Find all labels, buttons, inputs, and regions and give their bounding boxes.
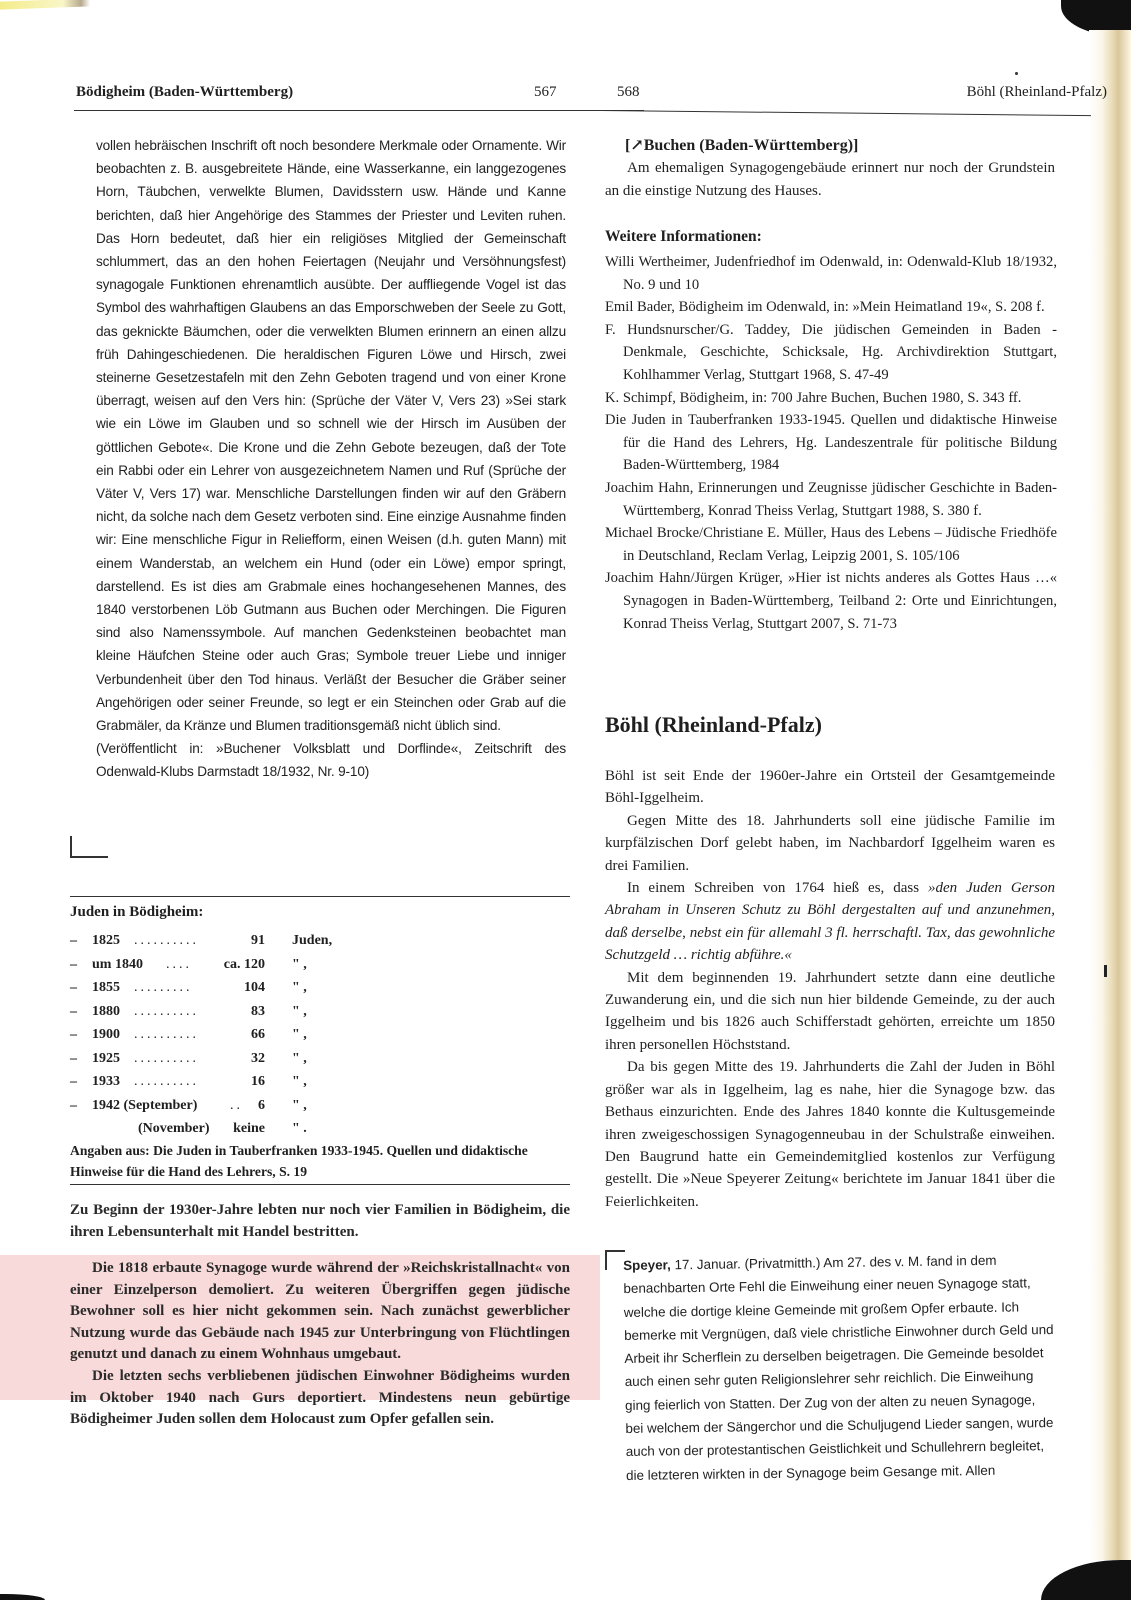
quote-bracket — [605, 1250, 625, 1270]
statistics-title: Juden in Bödigheim: — [70, 904, 203, 921]
stat-unit: " , — [292, 1000, 307, 1024]
stat-row: – 1825 .......... 91 Juden, — [70, 929, 370, 953]
references-list: Willi Wertheimer, Judenfriedhof im Odenw… — [605, 251, 1057, 635]
stat-year: 1855 — [92, 976, 120, 1000]
stat-unit: " , — [292, 976, 307, 1000]
quotation-text: vollen hebräischen Inschrift oft noch be… — [96, 134, 566, 737]
book-page-edges — [1089, 30, 1131, 1560]
stat-value: keine — [233, 1117, 265, 1141]
reference-item: Michael Brocke/Christiane E. Müller, Hau… — [605, 522, 1057, 567]
reference-item: Die Juden in Tauberfranken 1933-1945. Qu… — [605, 409, 1057, 477]
stat-year: (November) — [138, 1117, 210, 1141]
stat-unit: " . — [292, 1117, 307, 1141]
page-number: 567 — [534, 84, 557, 101]
stat-row: – 1855 ......... 104 " , — [70, 976, 370, 1000]
quotation-source: (Veröffentlicht in: »Buchener Volksblatt… — [96, 737, 566, 783]
running-title: Böhl (Rheinland-Pfalz) — [967, 84, 1107, 101]
header-rule — [601, 110, 1091, 116]
cross-reference-text: Am ehemaligen Synagogengebäude erinnert … — [605, 157, 1055, 202]
stat-unit: Juden, — [292, 929, 332, 953]
page-number: 568 — [617, 84, 640, 101]
book-shadow-bottom-left — [0, 1594, 45, 1600]
reference-item: F. Hundsnurscher/G. Taddey, Die jüdische… — [605, 319, 1057, 387]
stat-row: – 1925 .......... 32 " , — [70, 1047, 370, 1071]
box-rule-bottom — [70, 1184, 570, 1185]
quote-bracket — [70, 836, 108, 858]
stat-row: – um 1840 .... ca. 120 " , — [70, 953, 370, 977]
reference-item: Emil Bader, Bödigheim im Odenwald, in: »… — [605, 296, 1057, 319]
body-paragraph-1: Zu Beginn der 1930er-Jahre lebten nur no… — [70, 1200, 570, 1243]
cross-reference-link[interactable]: [↗Buchen (Baden-Württemberg)] — [605, 135, 1055, 157]
stat-value: ca. 120 — [224, 953, 265, 977]
reference-item: K. Schimpf, Bödigheim, in: 700 Jahre Buc… — [605, 387, 1057, 410]
stat-row: – 1933 .......... 16 " , — [70, 1070, 370, 1094]
quote-place: Speyer, — [623, 1257, 671, 1273]
highlighted-passage-background — [0, 1255, 600, 1400]
running-header-right: 568 Böhl (Rheinland-Pfalz) — [605, 84, 1085, 106]
stat-value: 91 — [251, 929, 265, 953]
cemetery-quotation: vollen hebräischen Inschrift oft noch be… — [96, 134, 566, 784]
stat-value: 83 — [251, 1000, 265, 1024]
page-edge-mark — [1104, 965, 1107, 977]
stat-value: 32 — [251, 1047, 265, 1071]
stat-year: 1900 — [92, 1023, 120, 1047]
reference-item: Willi Wertheimer, Judenfriedhof im Odenw… — [605, 251, 1057, 296]
stat-unit: " , — [292, 1023, 307, 1047]
stat-unit: " , — [292, 1047, 307, 1071]
quote-text: 17. Januar. (Privatmitth.) Am 27. des v.… — [623, 1253, 1053, 1483]
stat-unit: " , — [292, 1070, 307, 1094]
stat-value: 104 — [244, 976, 265, 1000]
stat-value: 16 — [251, 1070, 265, 1094]
stat-row: – 1900 .......... 66 " , — [70, 1023, 370, 1047]
stat-row: – 1942 (September) .. 6 " , — [70, 1094, 370, 1118]
section-body: Böhl ist seit Ende der 1960er-Jahre ein … — [605, 765, 1055, 1213]
stat-year: 1880 — [92, 1000, 120, 1024]
reference-item: Joachim Hahn, Erinnerungen und Zeugnisse… — [605, 477, 1057, 522]
stat-row: (November) keine " . — [70, 1117, 370, 1141]
reference-item: Joachim Hahn/Jürgen Krüger, »Hier ist ni… — [605, 567, 1057, 635]
cross-reference-block: [↗Buchen (Baden-Württemberg)] Am ehemali… — [605, 135, 1055, 202]
stat-unit: " , — [292, 953, 307, 977]
stat-year: 1925 — [92, 1047, 120, 1071]
stat-row: – 1880 .......... 83 " , — [70, 1000, 370, 1024]
stat-year: 1933 — [92, 1070, 120, 1094]
header-rule — [74, 110, 644, 111]
section-heading: Böhl (Rheinland-Pfalz) — [605, 712, 822, 738]
stat-year: 1942 (September) — [92, 1094, 197, 1118]
statistics-source: Angaben aus: Die Juden in Tauberfranken … — [70, 1140, 570, 1182]
box-rule-top — [70, 896, 570, 897]
running-title: Bödigheim (Baden-Württemberg) — [76, 84, 293, 101]
stat-year: 1825 — [92, 929, 120, 953]
further-info-title: Weitere Informationen: — [605, 228, 762, 246]
stat-value: 6 — [258, 1094, 265, 1118]
population-statistics: – 1825 .......... 91 Juden, – um 1840 ..… — [70, 929, 370, 1141]
right-page: 568 Böhl (Rheinland-Pfalz) [↗Buchen (Bad… — [605, 0, 1085, 1600]
running-header-left: Bödigheim (Baden-Württemberg) 567 — [76, 84, 580, 106]
stat-value: 66 — [251, 1023, 265, 1047]
stat-unit: " , — [292, 1094, 307, 1118]
stat-year: um 1840 — [92, 953, 143, 977]
